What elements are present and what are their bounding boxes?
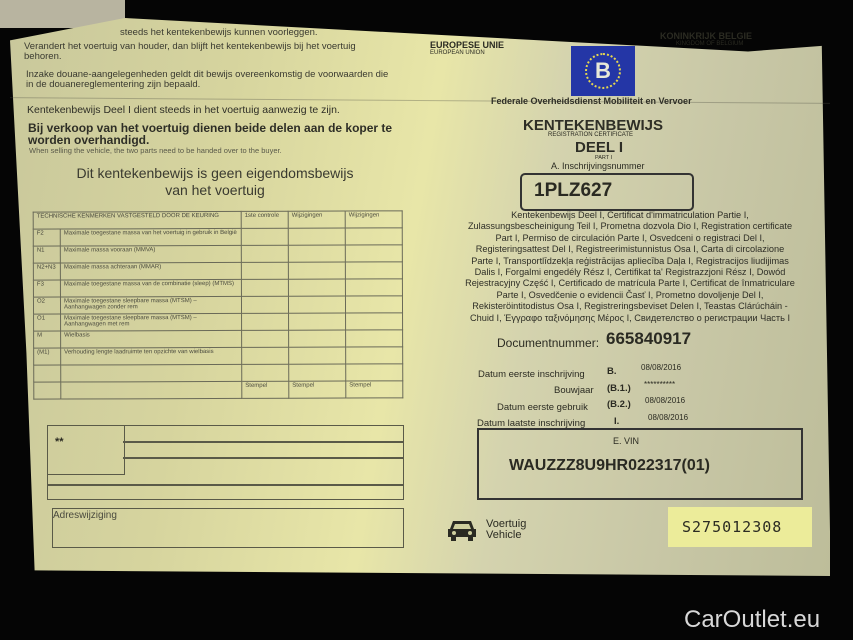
watermark-logo: CarOutlet.eu [684, 606, 820, 634]
table-row: MWielbasis [34, 330, 403, 348]
vehicle-label-en: Vehicle [486, 530, 521, 541]
registration-number: 1PLZ627 [534, 180, 612, 202]
divider [123, 441, 404, 443]
date-label: Bouwjaar [554, 385, 594, 396]
row-label: Verhouding lengte laadruimte ten opzicht… [61, 347, 242, 365]
notice-line: Kentekenbewijs Deel I dient steeds in he… [27, 104, 340, 116]
registration-number-box: 1PLZ627 [520, 173, 694, 211]
sale-notice-line-2: worden overhandigd. [28, 133, 149, 147]
ownership-title-line-1: Dit kentekenbewijs is geen eigendomsbewi… [55, 165, 375, 182]
row-code: (M1) [34, 348, 61, 365]
date-code: (B.1.) [607, 383, 631, 394]
stamp-label: Stempel [289, 381, 346, 398]
authority-label: Federale Overheidsdienst Mobiliteit en V… [491, 96, 692, 106]
technical-characteristics-table: TECHNISCHE KENMERKEN VASTGESTELD DOOR DE… [33, 210, 404, 399]
vin-number: WAUZZZ8U9HR022317(01) [509, 457, 710, 475]
stamp-label: Stempel [346, 381, 403, 398]
date-value: ********** [644, 380, 675, 389]
car-icon [447, 517, 477, 543]
table-header-row: TECHNISCHE KENMERKEN VASTGESTELD DOOR DE… [33, 211, 402, 229]
row-label: Maximale toegestane massa van het voertu… [60, 228, 241, 246]
holder-stars-cell [47, 425, 125, 475]
registration-number-label: A. Inschrijvingsnummer [551, 161, 645, 171]
document-title-en: REGISTRATION CERTIFICATE [548, 132, 633, 138]
vin-label: E. VIN [613, 436, 639, 446]
row-label: Maximale toegestane massa van de combina… [60, 279, 241, 297]
row-code: F3 [33, 280, 60, 297]
row-label: Maximale massa achteraan (MMAR) [60, 262, 241, 280]
part-label: DEEL I [575, 139, 623, 156]
multilingual-certificate-names: Kentekenbewijs Deel I, Certificat d'imma… [465, 210, 795, 324]
eu-flag-icon: B [571, 46, 635, 96]
address-change-label: Adreswijziging [53, 510, 117, 521]
date-code: I. [614, 416, 619, 427]
intro-line-3: behoren. [24, 52, 62, 62]
row-code: N1 [33, 246, 60, 263]
eu-label: EUROPESE UNIE [430, 40, 504, 50]
date-label: Datum eerste inschrijving [478, 369, 585, 380]
row-code: O2 [33, 297, 60, 314]
document-number: 665840917 [606, 329, 691, 349]
stamp-label: Stempel [242, 381, 289, 398]
date-code: B. [607, 366, 617, 377]
table-header: TECHNISCHE KENMERKEN VASTGESTELD DOOR DE… [33, 211, 241, 229]
stars-label: ** [55, 436, 64, 448]
eu-label-en: EUROPEAN UNION [430, 50, 485, 56]
document-number-label: Documentnummer: [497, 336, 599, 350]
divider [123, 457, 404, 459]
table-row: N1Maximale massa vooraan (MMVA) [33, 245, 402, 263]
vin-box: E. VIN WAUZZZ8U9HR022317(01) [477, 428, 803, 500]
table-header: Wijzigingen [345, 211, 402, 228]
date-value: 08/08/2016 [648, 413, 688, 422]
country-code: B [571, 46, 635, 96]
row-code: M [34, 331, 61, 348]
table-row: (M1)Verhouding lengte laadruimte ten opz… [34, 347, 403, 365]
serial-number: S275012308 [682, 518, 782, 536]
table-header: 1ste controle [241, 211, 288, 228]
table-row: N2+N3Maximale massa achteraan (MMAR) [33, 262, 402, 280]
row-label: Wielbasis [61, 330, 242, 348]
country-label-en: KINGDOM OF BELGIUM [676, 41, 743, 47]
row-label: Maximale toegestane sleepbare massa (MTS… [60, 296, 241, 314]
row-code: F2 [33, 229, 60, 246]
table-row [34, 364, 403, 382]
row-label: Maximale toegestane sleepbare massa (MTS… [61, 313, 242, 331]
sale-notice-en: When selling the vehicle, the two parts … [29, 146, 282, 155]
intro-line-1: steeds het kentekenbewijs kunnen voorleg… [120, 28, 318, 38]
table-row: F3Maximale toegestane massa van de combi… [33, 279, 402, 297]
divider [47, 484, 404, 486]
country-label: KONINKRIJK BELGIE [660, 31, 752, 41]
ownership-title: Dit kentekenbewijs is geen eigendomsbewi… [55, 165, 375, 199]
date-label: Datum eerste gebruik [497, 402, 588, 413]
row-label: Maximale massa vooraan (MMVA) [60, 245, 241, 263]
row-code: O1 [34, 314, 61, 331]
table-row: O2Maximale toegestane sleepbare massa (M… [33, 296, 402, 314]
stamp-row: StempelStempelStempel [34, 381, 403, 399]
table-row: F2Maximale toegestane massa van het voer… [33, 228, 402, 246]
table-header: Wijzigingen [288, 211, 345, 228]
date-value: 08/08/2016 [641, 363, 681, 372]
date-code: (B.2.) [607, 399, 631, 410]
intro-line-5: in de douanereglementering zijn bepaald. [26, 80, 200, 90]
row-code [34, 365, 61, 382]
intro-line-2: Verandert het voertuig van houder, dan b… [24, 42, 356, 52]
table-row: O1Maximale toegestane sleepbare massa (M… [34, 313, 403, 331]
serial-number-sticker: S275012308 [668, 507, 812, 547]
date-value: 08/08/2016 [645, 396, 685, 405]
ownership-title-line-2: van het voertuig [55, 182, 375, 199]
row-label [61, 364, 242, 382]
row-code: N2+N3 [33, 263, 60, 280]
